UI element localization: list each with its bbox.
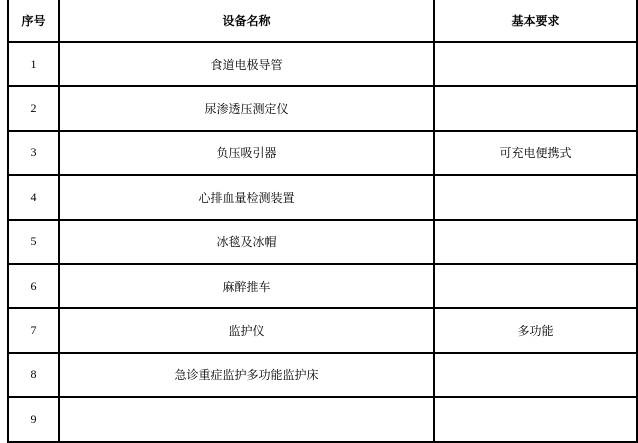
cell-name: 心排血量检测装置 xyxy=(59,175,434,219)
cell-no: 9 xyxy=(8,397,59,441)
cell-req xyxy=(434,86,637,130)
table-row: 3 负压吸引器 可充电便携式 xyxy=(8,131,637,175)
cell-name: 食道电极导管 xyxy=(59,42,434,86)
column-header-no: 序号 xyxy=(8,0,59,42)
table-row: 9 xyxy=(8,397,637,441)
cell-req xyxy=(434,220,637,264)
table-row: 7 监护仪 多功能 xyxy=(8,308,637,352)
table-row: 6 麻醉推车 xyxy=(8,264,637,308)
cell-req xyxy=(434,175,637,219)
equipment-table: 序号 设备名称 基本要求 1 食道电极导管 2 尿渗透压测定仪 3 负压吸引器 … xyxy=(7,0,638,443)
cell-req: 多功能 xyxy=(434,308,637,352)
cell-no: 7 xyxy=(8,308,59,352)
cell-req xyxy=(434,397,637,441)
cell-req xyxy=(434,353,637,397)
column-header-name: 设备名称 xyxy=(59,0,434,42)
cell-name: 监护仪 xyxy=(59,308,434,352)
cell-no: 5 xyxy=(8,220,59,264)
document-canvas: 序号 设备名称 基本要求 1 食道电极导管 2 尿渗透压测定仪 3 负压吸引器 … xyxy=(0,0,638,443)
cell-no: 6 xyxy=(8,264,59,308)
table-row: 1 食道电极导管 xyxy=(8,42,637,86)
cell-name: 冰毯及冰帽 xyxy=(59,220,434,264)
cell-name: 负压吸引器 xyxy=(59,131,434,175)
cell-req: 可充电便携式 xyxy=(434,131,637,175)
cell-req xyxy=(434,264,637,308)
table-row: 8 急诊重症监护多功能监护床 xyxy=(8,353,637,397)
table-row: 5 冰毯及冰帽 xyxy=(8,220,637,264)
cell-no: 4 xyxy=(8,175,59,219)
cell-name: 麻醉推车 xyxy=(59,264,434,308)
cell-name: 尿渗透压测定仪 xyxy=(59,86,434,130)
table-row: 2 尿渗透压测定仪 xyxy=(8,86,637,130)
cell-no: 8 xyxy=(8,353,59,397)
table-row: 4 心排血量检测装置 xyxy=(8,175,637,219)
cell-name: 急诊重症监护多功能监护床 xyxy=(59,353,434,397)
cell-no: 2 xyxy=(8,86,59,130)
cell-req xyxy=(434,42,637,86)
header-row: 序号 设备名称 基本要求 xyxy=(8,0,637,42)
cell-no: 3 xyxy=(8,131,59,175)
cell-name xyxy=(59,397,434,441)
column-header-req: 基本要求 xyxy=(434,0,637,42)
cell-no: 1 xyxy=(8,42,59,86)
